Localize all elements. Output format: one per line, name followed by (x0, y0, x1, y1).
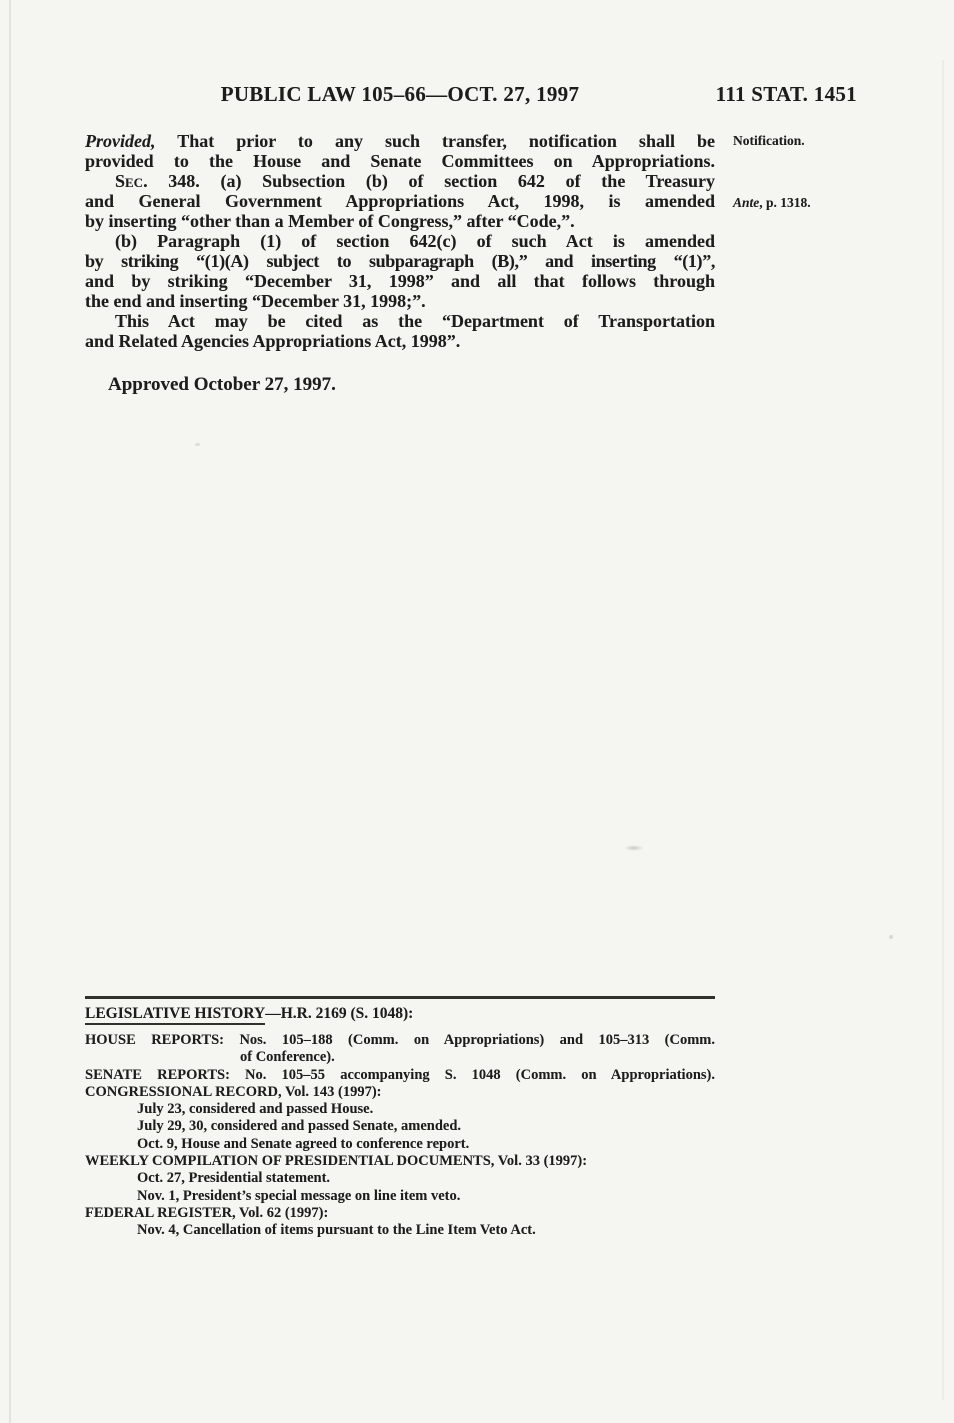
scan-artifact-left-edge (9, 0, 11, 1423)
legislative-history-entry: FEDERAL REGISTER, Vol. 62 (1997): (85, 1205, 715, 1222)
body-line: and General Government Appropriations Ac… (85, 191, 715, 211)
stat-page-number: 111 STAT. 1451 (716, 81, 857, 107)
margin-note-ante: Ante, p. 1318. (733, 195, 908, 211)
body-line: (b) Paragraph (1) of section 642(c) of s… (85, 231, 715, 251)
scan-artifact-smudge (624, 845, 644, 851)
legislative-history-entry: Oct. 27, Presidential statement. (85, 1170, 715, 1187)
document-page: PUBLIC LAW 105–66—OCT. 27, 1997 111 STAT… (0, 0, 954, 1423)
law-title-heading: PUBLIC LAW 105–66—OCT. 27, 1997 (85, 81, 715, 107)
body-line: This Act may be cited as the “Department… (85, 311, 715, 331)
legislative-history-entry: July 23, considered and passed House. (85, 1101, 715, 1118)
section-number-smallcaps: Sec. (115, 171, 148, 191)
body-line: provided to the House and Senate Committ… (85, 151, 715, 171)
margin-note-ante-rest: , p. 1318. (759, 195, 810, 210)
body-line: the end and inserting “December 31, 1998… (85, 291, 715, 311)
body-line-text: That prior to any such transfer, notific… (155, 131, 715, 151)
body-line: Provided, That prior to any such transfe… (85, 131, 715, 151)
legislative-history-entry: of Conference). (85, 1049, 715, 1066)
legislative-history-section: LEGISLATIVE HISTORY—H.R. 2169 (S. 1048):… (85, 996, 715, 1240)
legislative-history-entry: HOUSE REPORTS: Nos. 105–188 (Comm. on Ap… (85, 1032, 715, 1049)
proviso-italic-lead: Provided, (85, 131, 155, 151)
legislative-history-entries: HOUSE REPORTS: Nos. 105–188 (Comm. on Ap… (85, 1032, 715, 1240)
legislative-history-entry: Oct. 9, House and Senate agreed to confe… (85, 1136, 715, 1153)
legislative-history-entry: WEEKLY COMPILATION OF PRESIDENTIAL DOCUM… (85, 1153, 715, 1170)
scan-artifact-speck (195, 443, 200, 446)
body-line: and by striking “December 31, 1998” and … (85, 271, 715, 291)
body-line: and Related Agencies Appropriations Act,… (85, 331, 715, 351)
body-line: by striking “(1)(A) subject to subparagr… (85, 251, 715, 271)
margin-note-notification: Notification. (733, 133, 908, 149)
statute-body-text: Provided, That prior to any such transfe… (85, 131, 715, 351)
approval-date-line: Approved October 27, 1997. (85, 374, 715, 396)
legislative-history-entry: Nov. 4, Cancellation of items pursuant t… (85, 1222, 715, 1239)
body-line: by inserting “other than a Member of Con… (85, 211, 715, 231)
body-line-text: 348. (a) Subsection (b) of section 642 o… (148, 171, 715, 191)
margin-note-ante-italic: Ante (733, 195, 759, 210)
legislative-history-heading-underlined: LEGISLATIVE HISTORY (85, 1005, 265, 1025)
legislative-history-entry: July 29, 30, considered and passed Senat… (85, 1118, 715, 1135)
body-line: Sec. 348. (a) Subsection (b) of section … (85, 171, 715, 191)
scan-artifact-right-edge (942, 60, 944, 1400)
legislative-history-entry: SENATE REPORTS: No. 105–55 accompanying … (85, 1067, 715, 1084)
legislative-history-entry: Nov. 1, President’s special message on l… (85, 1188, 715, 1205)
legislative-history-rule (85, 996, 715, 999)
scan-artifact-speck (889, 935, 893, 939)
legislative-history-entry: CONGRESSIONAL RECORD, Vol. 143 (1997): (85, 1084, 715, 1101)
legislative-history-heading-rest: —H.R. 2169 (S. 1048): (265, 1005, 413, 1022)
legislative-history-heading: LEGISLATIVE HISTORY—H.R. 2169 (S. 1048): (85, 1005, 715, 1022)
